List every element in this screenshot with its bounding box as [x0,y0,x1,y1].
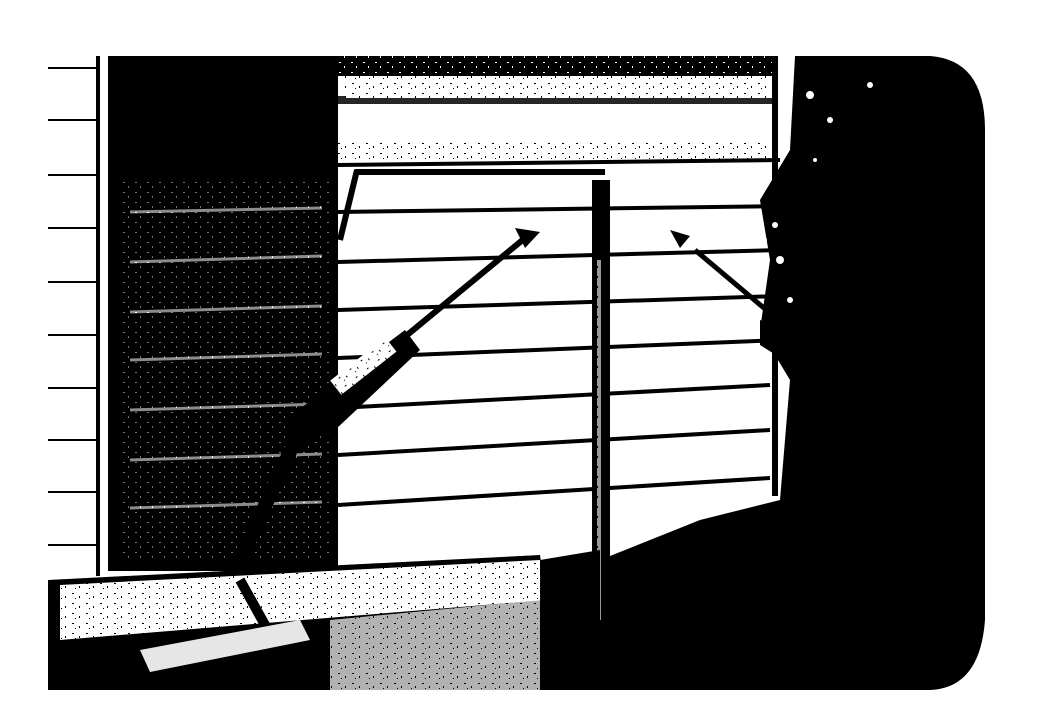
photo-content [48,56,990,700]
photo-canvas [0,0,1056,723]
upper-board [338,56,778,76]
shutter-texture [120,180,330,560]
corner-trim [96,56,100,576]
photograph [0,0,1056,723]
